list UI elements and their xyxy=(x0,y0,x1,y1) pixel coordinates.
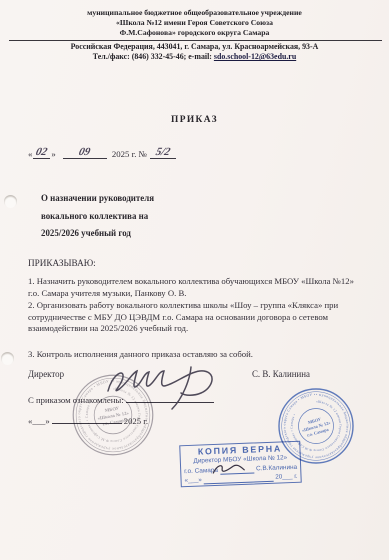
resolve-label: ПРИКАЗЫВАЮ: xyxy=(28,258,96,268)
quote-close: » xyxy=(51,149,55,159)
order-date-line: «02» 09 2025 г. № 5/2 xyxy=(28,146,176,159)
order-item-1: 1. Назначить руководителем вокального ко… xyxy=(28,276,362,299)
order-heading: ПРИКАЗ xyxy=(0,115,389,125)
org-name-line-2: «Школа №12 имени Героя Советского Союза xyxy=(0,18,389,28)
director-signature xyxy=(104,361,238,411)
order-item-3: 3. Контроль исполнения данного приказа о… xyxy=(28,349,362,361)
punch-hole xyxy=(1,352,14,365)
copy-verna-stamp: КОПИЯ ВЕРНА Директор МБОУ «Школа № 12» г… xyxy=(179,441,302,488)
subject-line-2: вокального коллектива на xyxy=(41,208,154,226)
email-link[interactable]: sdo.school-12@63edu.ru xyxy=(214,52,296,61)
signer-name: С. В. Калинина xyxy=(252,369,310,379)
letterhead-divider xyxy=(9,40,382,41)
handwritten-month: 09 xyxy=(78,146,92,158)
handwritten-day: 02 xyxy=(35,146,49,158)
phone-fax-label: Тел./факс: (846) 332-45-46; e-mail: xyxy=(93,52,214,61)
year-number-label: 2025 г. № xyxy=(112,149,147,159)
letterhead: муниципальное бюджетное общеобразователь… xyxy=(0,8,389,62)
copy-stamp-year: 20___ г. xyxy=(275,472,297,482)
contacts-line: Тел./факс: (846) 332-45-46; e-mail: sdo.… xyxy=(0,52,389,62)
copy-stamp-date-quotes: «___» xyxy=(184,476,202,486)
org-name-line-3: Ф.М.Сафонова» городского округа Самара xyxy=(0,28,389,38)
handwritten-order-number: 5/2 xyxy=(154,146,171,158)
address-line: Российская Федерация, 443041, г. Самара,… xyxy=(0,42,389,52)
copy-stamp-ink-signature xyxy=(211,461,248,477)
order-subject: О назначении руководителя вокального кол… xyxy=(41,190,154,243)
date-blank-quotes: «___» xyxy=(28,416,50,426)
number-blank: 5/2 xyxy=(150,146,176,159)
quote-open: « xyxy=(28,149,32,159)
month-blank: 09 xyxy=(63,146,107,159)
day-blank: 02 xyxy=(33,146,50,159)
scanned-order-document: муниципальное бюджетное общеобразователь… xyxy=(0,0,389,560)
punch-hole xyxy=(4,195,17,208)
signer-role: Директор xyxy=(28,369,64,379)
org-name-line-1: муниципальное бюджетное общеобразователь… xyxy=(0,8,389,18)
subject-line-1: О назначении руководителя xyxy=(41,190,154,208)
subject-line-3: 2025/2026 учебный год xyxy=(41,225,154,243)
order-item-2: 2. Организовать работу вокального коллек… xyxy=(28,300,362,335)
